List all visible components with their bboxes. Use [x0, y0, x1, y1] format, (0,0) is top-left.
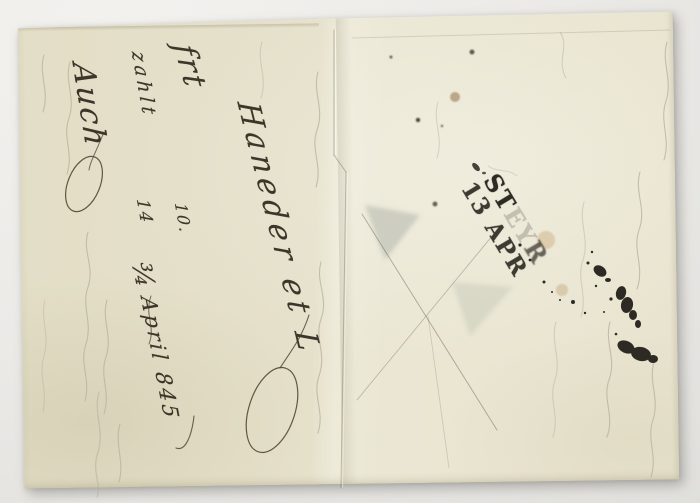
rate-mark-10: 10.	[172, 203, 194, 234]
rate-mark-fraction: ¾	[127, 262, 159, 288]
letter-paper	[18, 11, 679, 488]
photo-background: Auch zahlt frt 10. 14 ¾ April 845 Hanede…	[0, 0, 700, 503]
vertical-fold-shadow	[336, 16, 358, 484]
rate-mark-14: 14	[133, 199, 155, 224]
paper-shadow-wrap	[0, 0, 700, 503]
top-flap-edge-shadow	[18, 23, 319, 31]
